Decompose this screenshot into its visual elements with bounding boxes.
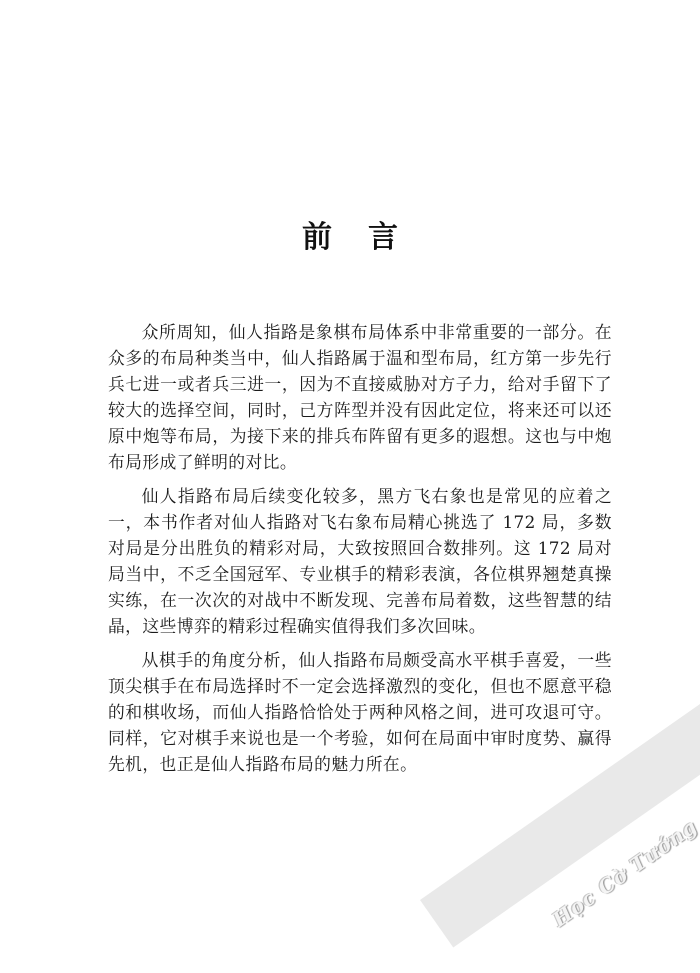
title-char-1: 前 <box>302 212 332 256</box>
preface-body: 众所周知，仙人指路是象棋布局体系中非常重要的一部分。在众多的布局种类当中，仙人指… <box>108 319 612 785</box>
paragraph-3: 从棋手的角度分析，仙人指路布局颇受高水平棋手喜爱，一些顶尖棋手在布局选择时不一定… <box>108 647 612 777</box>
document-page: 前言 众所周知，仙人指路是象棋布局体系中非常重要的一部分。在众多的布局种类当中，… <box>0 0 700 973</box>
paragraph-1: 众所周知，仙人指路是象棋布局体系中非常重要的一部分。在众多的布局种类当中，仙人指… <box>108 319 612 475</box>
title-char-2: 言 <box>368 212 398 256</box>
page-title: 前言 <box>0 212 700 256</box>
paragraph-2: 仙人指路布局后续变化较多，黑方飞右象也是常见的应着之一，本书作者对仙人指路对飞右… <box>108 483 612 639</box>
